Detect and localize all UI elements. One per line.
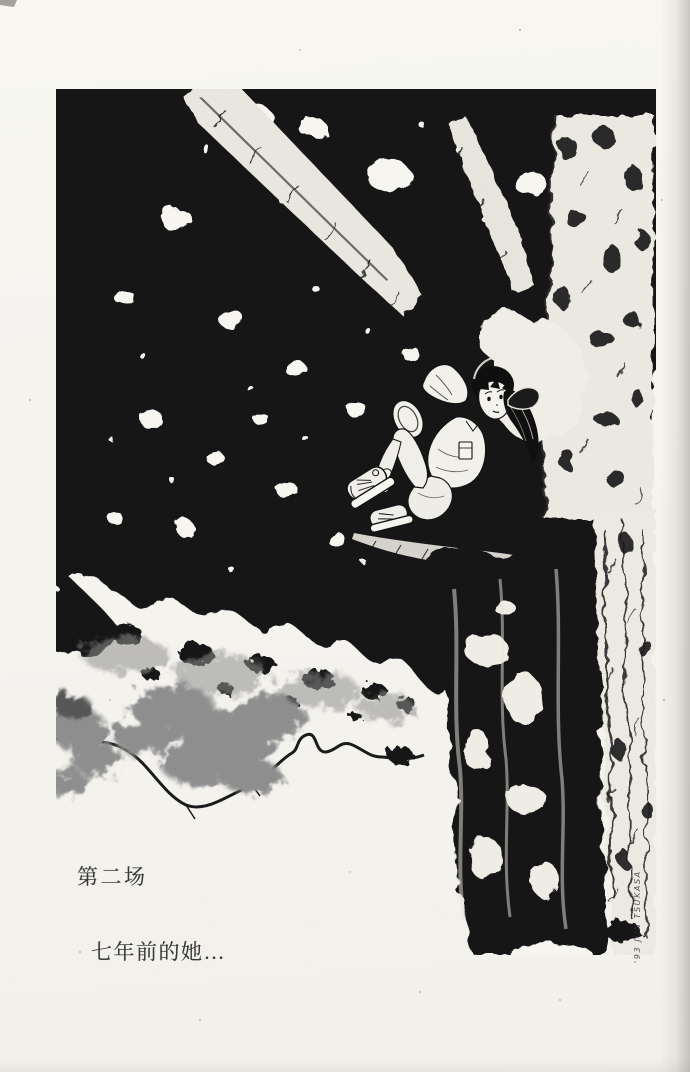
manga-page: 第二场 七年前的她… '93 JUN TSUKASA [0, 0, 690, 1072]
scene-caption: 第二场 [77, 861, 148, 891]
scene-caption-text: 第二场 [77, 865, 148, 889]
scene-subtitle-text: 七年前的她… [91, 940, 226, 964]
manga-illustration [0, 0, 690, 1072]
artist-signature: '93 JUN TSUKASA [633, 867, 646, 963]
paper-speckle-overlay [0, 0, 690, 1072]
scene-subtitle-caption: 七年前的她… [91, 936, 226, 966]
